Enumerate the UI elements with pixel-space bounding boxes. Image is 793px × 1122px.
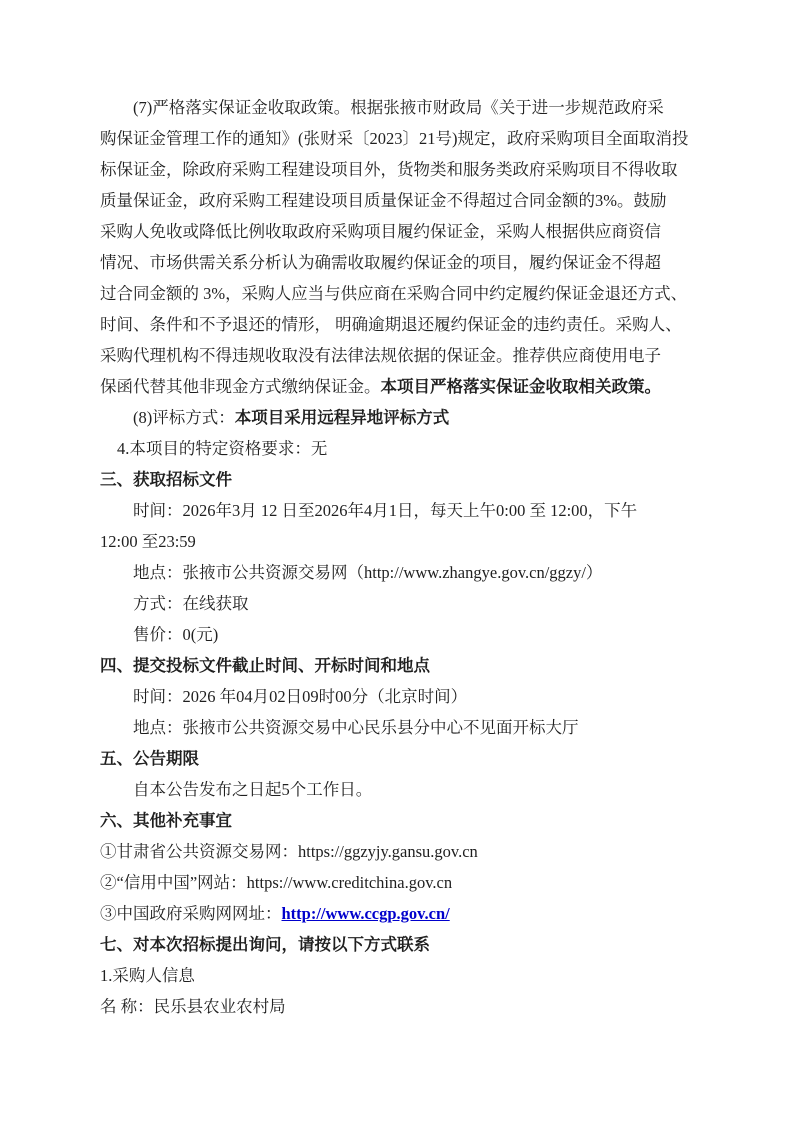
clause7-line-8: 时间、条件和不予退还的情形， 明确逾期退还履约保证金的违约责任。采购人、 (100, 309, 690, 340)
clause8-label: (8)评标方式： (133, 408, 235, 427)
ccgp-link[interactable]: http://www.ccgp.gov.cn/ (282, 904, 450, 923)
document-page: (7)严格落实保证金收取政策。根据张掖市财政局《关于进一步规范政府采 购保证金管… (0, 0, 793, 1122)
clause8-line: (8)评标方式：本项目采用远程异地评标方式 (100, 402, 690, 433)
clause7-line-10-normal: 保函代替其他非现金方式缴纳保证金。 (100, 377, 381, 396)
doc-obtain-time-line-1: 时间：2026年3月 12 日至2026年4月1日，每天上午0:00 至 12:… (100, 495, 690, 526)
announcement-period-line: 自本公告发布之日起5个工作日。 (100, 774, 690, 805)
credit-china-site-line: ②“信用中国”网站：https://www.creditchina.gov.cn (100, 867, 690, 898)
purchaser-name-line: 名 称：民乐县农业农村局 (100, 991, 690, 1022)
bid-deadline-time-line: 时间：2026 年04月02日09时00分（北京时间） (100, 681, 690, 712)
bid-opening-location-line: 地点：张掖市公共资源交易中心民乐县分中心不见面开标大厅 (100, 712, 690, 743)
ccgp-site-label: ③中国政府采购网网址： (100, 904, 282, 923)
document-body: (7)严格落实保证金收取政策。根据张掖市财政局《关于进一步规范政府采 购保证金管… (100, 92, 690, 1022)
clause7-line-4: 质量保证金，政府采购工程建设项目质量保证金不得超过合同金额的3%。鼓励 (100, 185, 690, 216)
clause7-line-1: (7)严格落实保证金收取政策。根据张掖市财政局《关于进一步规范政府采 (100, 92, 690, 123)
ccgp-site-line: ③中国政府采购网网址：http://www.ccgp.gov.cn/ (100, 898, 690, 929)
section-6-heading: 六、其他补充事宜 (100, 805, 690, 836)
clause7-line-7: 过合同金额的 3%，采购人应当与供应商在采购合同中约定履约保证金退还方式、 (100, 278, 690, 309)
section-7-heading: 七、对本次招标提出询问，请按以下方式联系 (100, 929, 690, 960)
clause7-line-5: 采购人免收或降低比例收取政府采购项目履约保证金，采购人根据供应商资信 (100, 216, 690, 247)
section-5-heading: 五、公告期限 (100, 743, 690, 774)
gansu-exchange-site-line: ①甘肃省公共资源交易网：https://ggzyjy.gansu.gov.cn (100, 836, 690, 867)
doc-price-line: 售价：0(元) (100, 619, 690, 650)
clause7-line-9: 采购代理机构不得违规收取没有法律法规依据的保证金。推荐供应商使用电子 (100, 340, 690, 371)
clause7-line-3: 标保证金，除政府采购工程建设项目外，货物类和服务类政府采购项目不得收取 (100, 154, 690, 185)
doc-obtain-time-line-2: 12:00 至23:59 (100, 526, 690, 557)
clause7-line-6: 情况、市场供需关系分析认为确需收取履约保证金的项目，履约保证金不得超 (100, 247, 690, 278)
clause7-line-2: 购保证金管理工作的通知》(张财采〔2023〕21号)规定，政府采购项目全面取消投 (100, 123, 690, 154)
specific-qualification-line: 4.本项目的特定资格要求：无 (100, 433, 690, 464)
clause7-line-10: 保函代替其他非现金方式缴纳保证金。本项目严格落实保证金收取相关政策。 (100, 371, 690, 402)
doc-obtain-location-line: 地点：张掖市公共资源交易网（http://www.zhangye.gov.cn/… (100, 557, 690, 588)
purchaser-info-line: 1.采购人信息 (100, 960, 690, 991)
clause7-line-10-bold-policy: 本项目严格落实保证金收取相关政策。 (381, 377, 662, 396)
clause8-evaluation-method: 本项目采用远程异地评标方式 (235, 408, 450, 427)
section-4-heading: 四、提交投标文件截止时间、开标时间和地点 (100, 650, 690, 681)
section-3-heading: 三、获取招标文件 (100, 464, 690, 495)
doc-obtain-method-line: 方式：在线获取 (100, 588, 690, 619)
